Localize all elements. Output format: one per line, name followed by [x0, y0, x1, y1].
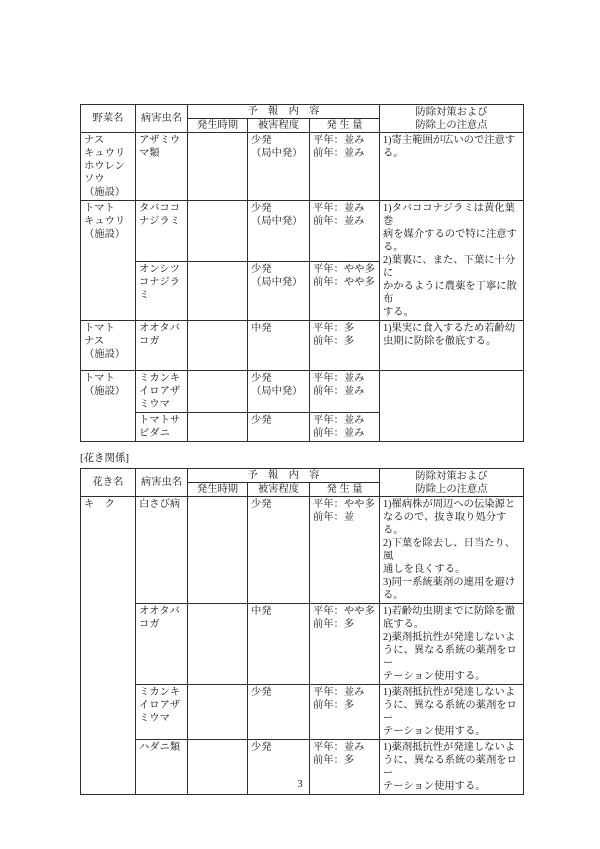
advice-cell	[380, 371, 524, 442]
table-row: ナス キュウリ ホウレン ソウ （施設） アザミウ マ類 少発 （局中発） 平年…	[81, 133, 524, 201]
table-row: トマト キュウリ （施設） タバココ ナジラミ 少発 （局中発） 平年：並み 前…	[81, 201, 524, 262]
timing-cell	[188, 321, 248, 371]
table-row: トマト （施設） ミカンキ イロアザ ミウマ 少発 （局中発） 平年：並み 前年…	[81, 371, 524, 413]
header-measures: 防除対策および 防除上の注意点	[380, 105, 524, 133]
header-occurrence-amount: 発 生 量	[310, 483, 380, 497]
damage-cell: 少発	[248, 413, 310, 442]
header-vegetable-name: 野菜名	[81, 105, 136, 133]
veg-name-cell: トマト （施設）	[81, 371, 136, 442]
timing-cell	[188, 371, 248, 413]
veg-name-cell: トマト ナス （施設）	[81, 321, 136, 371]
amount-cell: 平年：並み 前年：並み	[310, 371, 380, 413]
header-flower-name: 花き名	[81, 469, 136, 497]
veg-name-cell: トマト キュウリ （施設）	[81, 201, 136, 321]
amount-cell: 平年：多 前年：多	[310, 321, 380, 371]
timing-cell	[188, 262, 248, 321]
document-page: 野菜名 病害虫名 予 報 内 容 防除対策および 防除上の注意点 発生時期 被害…	[0, 0, 600, 849]
timing-cell	[188, 201, 248, 262]
damage-cell: 中発	[248, 321, 310, 371]
damage-cell: 中発	[248, 604, 310, 685]
pest-name-cell: 白さび病	[136, 497, 188, 604]
amount-cell: 平年：やや多 前年：やや多	[310, 262, 380, 321]
page-number: 3	[0, 779, 600, 790]
advice-cell: 1)若齢幼虫期までに防除を徹 底する。 2)薬剤抵抗性が発達しないよ うに、異な…	[380, 604, 524, 685]
header-pest-name: 病害虫名	[136, 105, 188, 133]
timing-cell	[188, 604, 248, 685]
amount-cell: 平年：並み 前年：並み	[310, 201, 380, 262]
table-row: オオタバ コガ 中発 平年：やや多 前年：多 1)若齢幼虫期までに防除を徹 底す…	[81, 604, 524, 685]
veg-name-cell: ナス キュウリ ホウレン ソウ （施設）	[81, 133, 136, 201]
amount-cell: 平年：やや多 前年：並	[310, 497, 380, 604]
pest-name-cell: オオタバ コガ	[136, 321, 188, 371]
pest-name-cell: オンシツ コナジラ ミ	[136, 262, 188, 321]
flower-name-cell: キ ク	[81, 497, 136, 795]
header-forecast: 予 報 内 容	[188, 469, 380, 483]
header-occurrence-amount: 発 生 量	[310, 119, 380, 133]
amount-cell: 平年：並み 前年：多	[310, 685, 380, 740]
damage-cell: 少発 （局中発）	[248, 133, 310, 201]
table-row: ミカンキ イロアザ ミウマ 少発 平年：並み 前年：多 1)薬剤抵抗性が発達しな…	[81, 685, 524, 740]
damage-cell: 少発 （局中発）	[248, 262, 310, 321]
pest-name-cell: ミカンキ イロアザ ミウマ	[136, 685, 188, 740]
timing-cell	[188, 497, 248, 604]
damage-cell: 少発 （局中発）	[248, 371, 310, 413]
advice-cell: 1)果実に食入するため若齢幼 虫期に防除を徹底する。	[380, 321, 524, 371]
advice-cell: 1)薬剤抵抗性が発達しないよ うに、異なる系統の薬剤をロー テーション使用する。	[380, 685, 524, 740]
advice-cell: 1)寄主範囲が広いので注意す る。	[380, 133, 524, 201]
advice-cell: 1)タバココナジラミは黄化葉巻 病を媒介するので特に注意す る。 2)葉裏に、ま…	[380, 201, 524, 321]
pest-name-cell: ミカンキ イロアザ ミウマ	[136, 371, 188, 413]
pest-name-cell: タバココ ナジラミ	[136, 201, 188, 262]
table-row: トマト ナス （施設） オオタバ コガ 中発 平年：多 前年：多 1)果実に食入…	[81, 321, 524, 371]
amount-cell: 平年：並み 前年：並み	[310, 133, 380, 201]
pest-name-cell: アザミウ マ類	[136, 133, 188, 201]
pest-name-cell: オオタバ コガ	[136, 604, 188, 685]
header-damage-degree: 被害程度	[248, 483, 310, 497]
header-measures: 防除対策および 防除上の注意点	[380, 469, 524, 497]
header-forecast: 予 報 内 容	[188, 105, 380, 119]
damage-cell: 少発 （局中発）	[248, 201, 310, 262]
vegetable-pest-table: 野菜名 病害虫名 予 報 内 容 防除対策および 防除上の注意点 発生時期 被害…	[80, 104, 524, 442]
header-pest-name: 病害虫名	[136, 469, 188, 497]
header-damage-degree: 被害程度	[248, 119, 310, 133]
timing-cell	[188, 413, 248, 442]
amount-cell: 平年：やや多 前年：多	[310, 604, 380, 685]
pest-name-cell: トマトサ ビダニ	[136, 413, 188, 442]
table-row: キ ク 白さび病 少発 平年：やや多 前年：並 1)罹病株が周辺への伝染源と な…	[81, 497, 524, 604]
damage-cell: 少発	[248, 685, 310, 740]
flower-section-label: [花き関係]	[80, 452, 600, 465]
header-occurrence-timing: 発生時期	[188, 119, 248, 133]
damage-cell: 少発	[248, 497, 310, 604]
flower-pest-table: 花き名 病害虫名 予 報 内 容 防除対策および 防除上の注意点 発生時期 被害…	[80, 468, 524, 795]
header-occurrence-timing: 発生時期	[188, 483, 248, 497]
timing-cell	[188, 133, 248, 201]
timing-cell	[188, 685, 248, 740]
amount-cell: 平年：並み 前年：並み	[310, 413, 380, 442]
advice-cell: 1)罹病株が周辺への伝染源と なるので、抜き取り処分する。 2)下葉を除去し、日…	[380, 497, 524, 604]
